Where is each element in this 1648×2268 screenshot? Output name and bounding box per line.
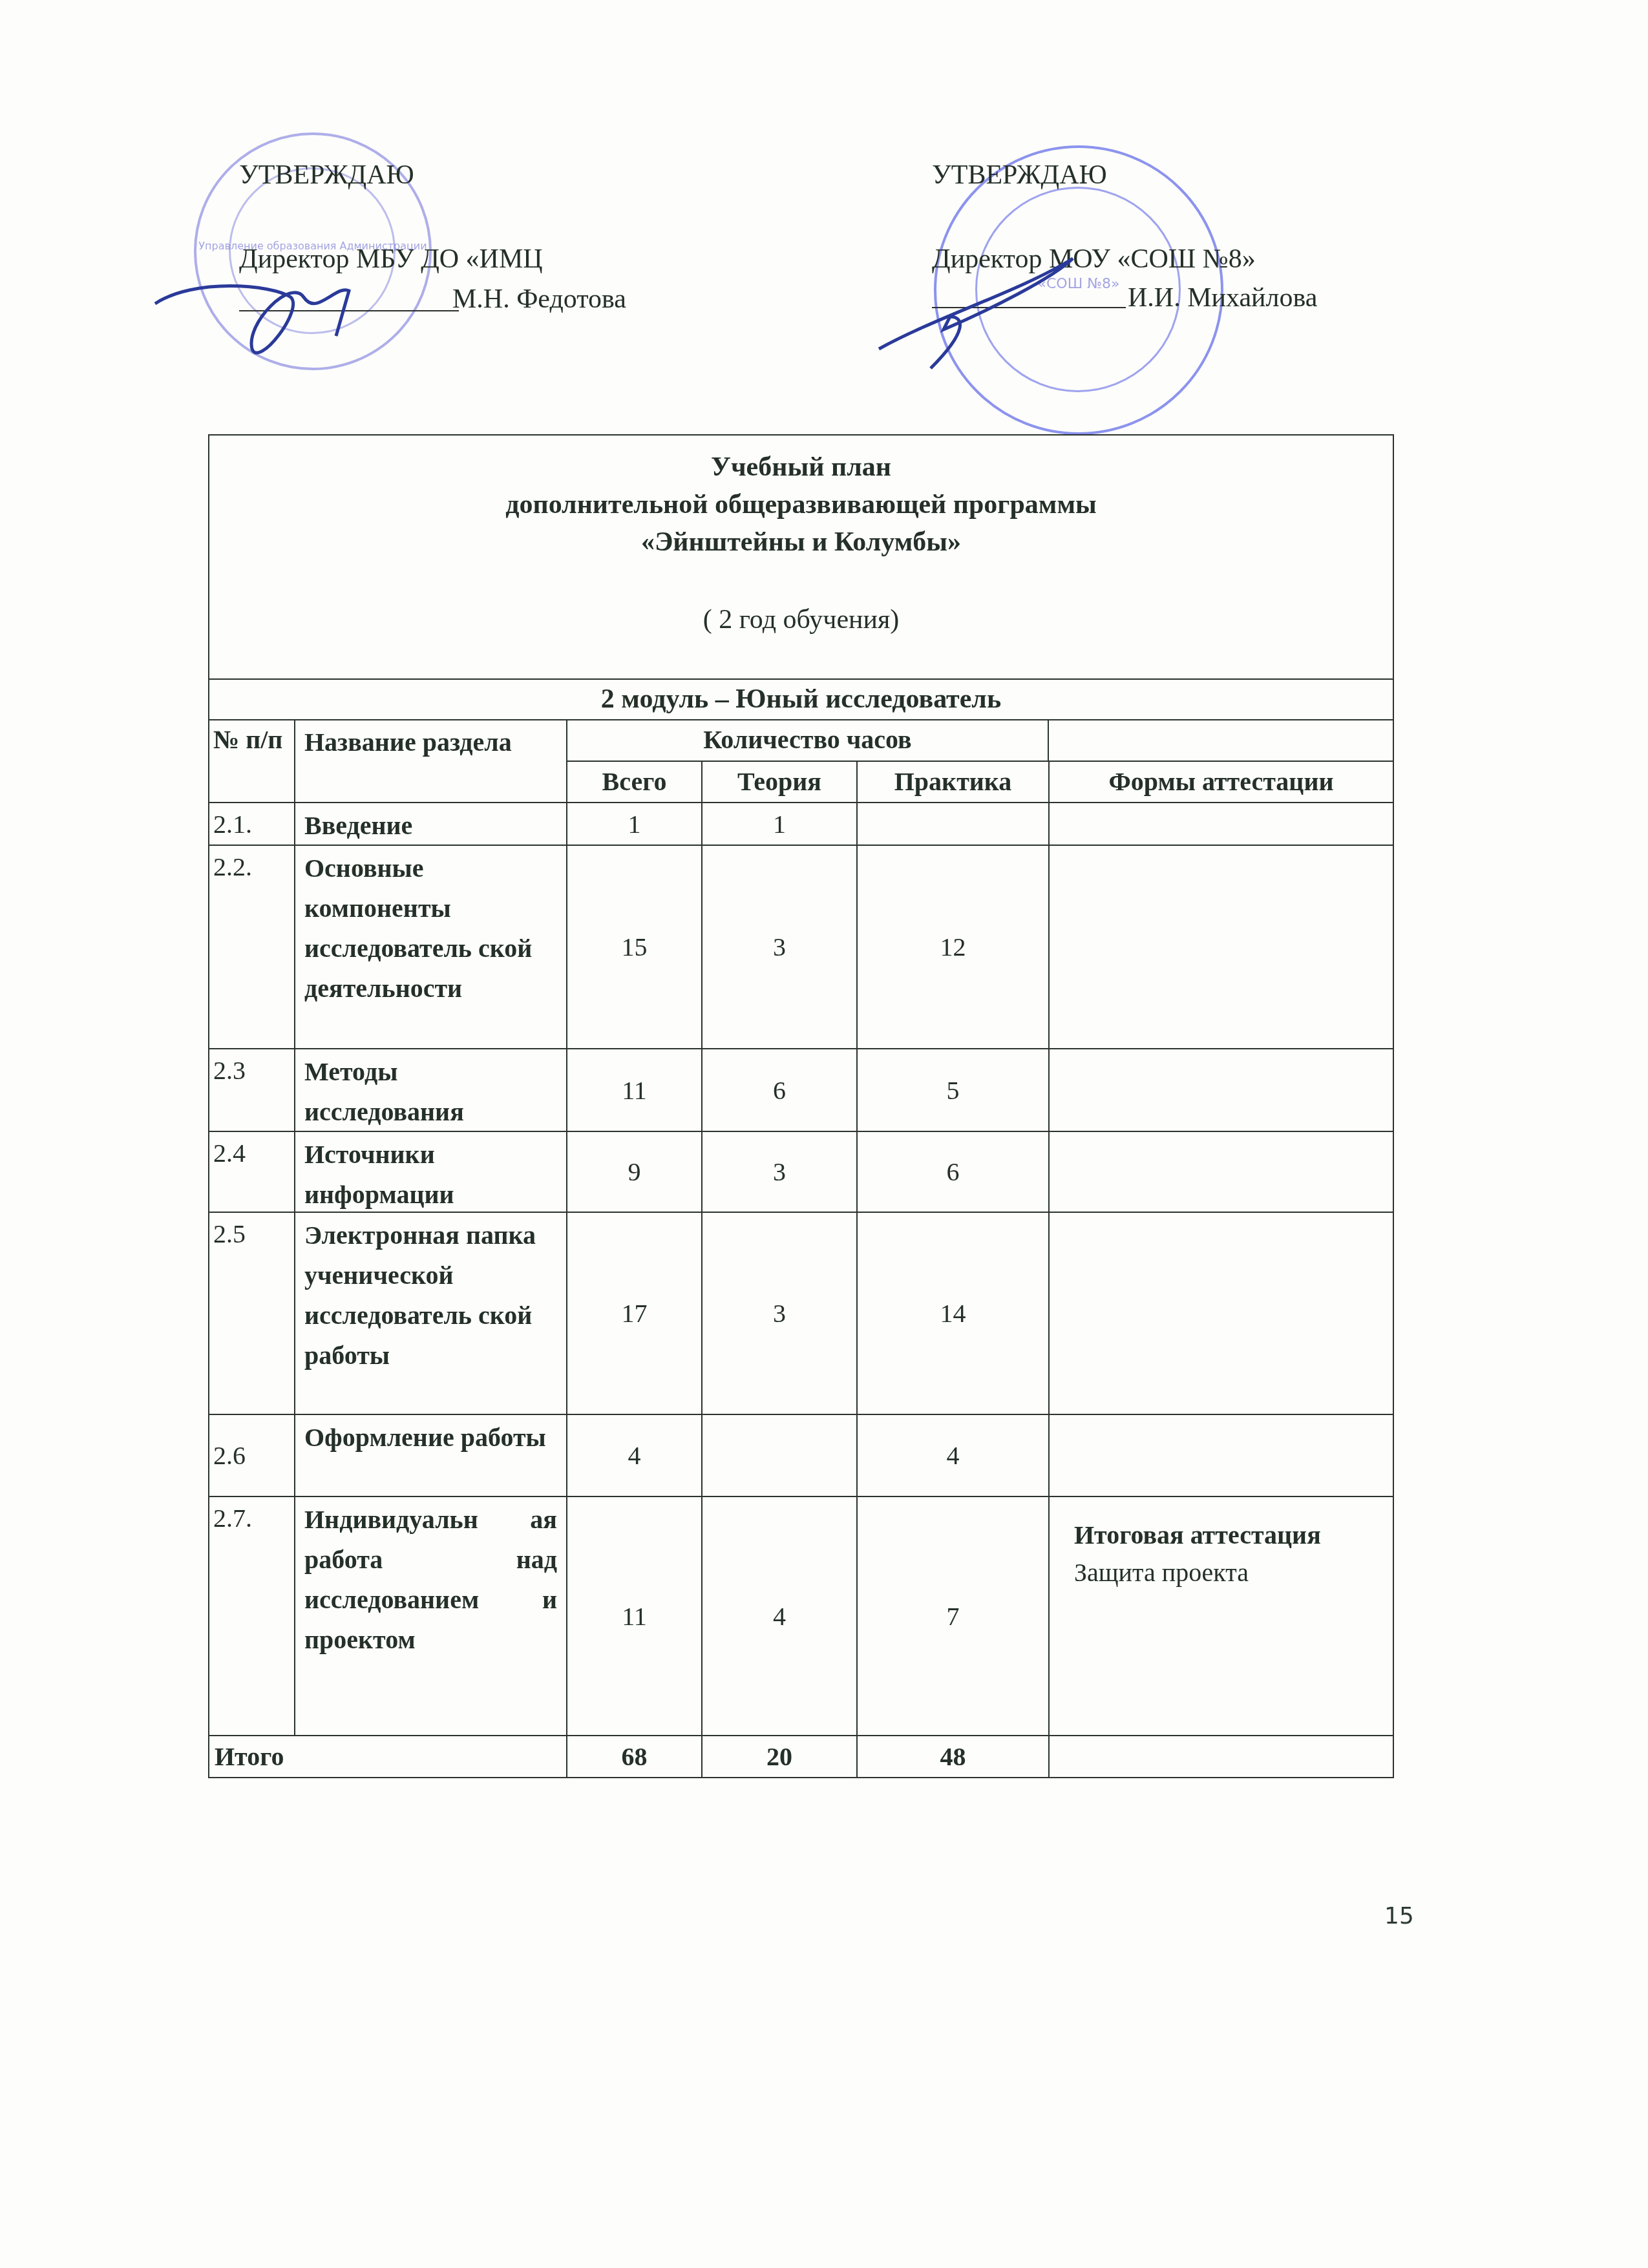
totals-total: 68: [566, 1735, 703, 1778]
attestation-form: Защита проекта: [1074, 1554, 1368, 1591]
plan-title: Учебный план: [209, 448, 1393, 486]
row-theory: 3: [701, 1212, 858, 1415]
signature-right-icon: [860, 220, 1105, 375]
header-theory: Теория: [701, 761, 858, 803]
row-total: 9: [566, 1131, 703, 1213]
header-num: № п/п: [208, 719, 295, 803]
row-theory: 4: [701, 1496, 858, 1736]
row-forms: [1048, 1212, 1394, 1415]
totals-theory: 20: [701, 1735, 858, 1778]
row-name: Индивидуальн ая работа над исследованием…: [294, 1496, 567, 1736]
totals-label: Итого: [208, 1735, 567, 1778]
row-forms: [1048, 1414, 1394, 1497]
header-forms: Формы аттестации: [1048, 761, 1394, 803]
row-practice: 7: [856, 1496, 1050, 1736]
study-year: ( 2 год обучения): [209, 601, 1393, 638]
signature-left-icon: [142, 258, 401, 375]
row-forms: [1048, 1048, 1394, 1132]
row-total: 11: [566, 1048, 703, 1132]
approval-left-name: М.Н. Федотова: [452, 284, 626, 314]
row-practice: 5: [856, 1048, 1050, 1132]
plan-subtitle: дополнительной общеразвивающей программы: [209, 486, 1393, 523]
row-num: 2.3: [208, 1048, 295, 1132]
row-name: Основные компоненты исследователь ской д…: [294, 845, 567, 1049]
row-theory: 3: [701, 845, 858, 1049]
row-num: 2.1.: [208, 802, 295, 846]
row-num: 2.7.: [208, 1496, 295, 1736]
row-total: 17: [566, 1212, 703, 1415]
module-title: 2 модуль – Юный исследователь: [208, 678, 1394, 720]
row-total: 11: [566, 1496, 703, 1736]
row-forms: [1048, 845, 1394, 1049]
attestation-type: Итоговая аттестация: [1074, 1517, 1368, 1554]
header-total: Всего: [566, 761, 703, 803]
row-name: Источники информации: [294, 1131, 567, 1213]
row-practice: 6: [856, 1131, 1050, 1213]
row-name: Оформление работы: [294, 1414, 567, 1497]
row-practice: 12: [856, 845, 1050, 1049]
approval-left-heading: УТВЕРЖДАЮ: [239, 160, 414, 190]
row-practice: 4: [856, 1414, 1050, 1497]
row-practice: [856, 802, 1050, 846]
row-theory: 3: [701, 1131, 858, 1213]
row-num: 2.6: [208, 1414, 295, 1497]
row-name: Методы исследования: [294, 1048, 567, 1132]
plan-title-box: Учебный план дополнительной общеразвиваю…: [208, 434, 1394, 680]
row-total: 4: [566, 1414, 703, 1497]
row-total: 15: [566, 845, 703, 1049]
approval-right-name: И.И. Михайлова: [1128, 283, 1317, 313]
header-hours: Количество часов: [566, 719, 1049, 762]
row-name: Введение: [294, 802, 567, 846]
program-name: «Эйнштейны и Колумбы»: [209, 523, 1393, 561]
header-practice: Практика: [856, 761, 1050, 803]
row-name: Электронная папка ученической исследоват…: [294, 1212, 567, 1415]
row-num: 2.4: [208, 1131, 295, 1213]
row-theory: [701, 1414, 858, 1497]
totals-forms: [1048, 1735, 1394, 1778]
row-theory: 6: [701, 1048, 858, 1132]
row-num: 2.5: [208, 1212, 295, 1415]
row-forms: Итоговая аттестацияЗащита проекта: [1048, 1496, 1394, 1736]
header-forms-top: [1048, 719, 1394, 762]
header-name: Название раздела: [294, 719, 567, 803]
row-num: 2.2.: [208, 845, 295, 1049]
row-forms: [1048, 1131, 1394, 1213]
totals-practice: 48: [856, 1735, 1050, 1778]
row-total: 1: [566, 802, 703, 846]
approval-right-heading: УТВЕРЖДАЮ: [932, 160, 1107, 190]
row-forms: [1048, 802, 1394, 846]
row-practice: 14: [856, 1212, 1050, 1415]
page-number: 15: [1384, 1903, 1414, 1929]
row-theory: 1: [701, 802, 858, 846]
